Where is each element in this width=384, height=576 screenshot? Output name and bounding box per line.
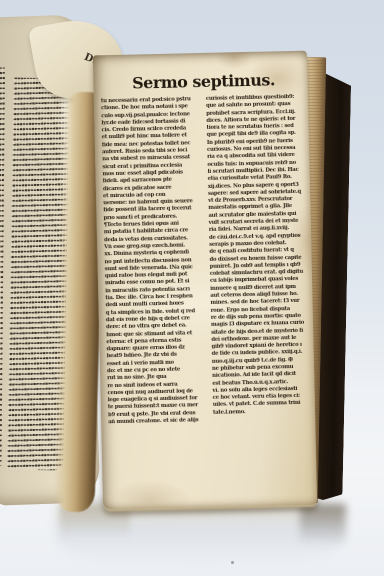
text-columns: tū necessariū erat pod:sicō pstructione.… [94, 94, 315, 427]
left-page-text-column-sliver [0, 67, 5, 465]
dust-speck [231, 561, 234, 564]
text-column-right: curiosis et inutilibus questiōib9:que ad… [206, 94, 313, 425]
text-column-left: tū necessariū erat pod:sicō pstructione.… [101, 96, 208, 427]
book-photograph: Dnica Sermo septimus. tū necessariū erat… [0, 0, 384, 576]
right-page: Sermo septimus. tū necessariū erat pod:s… [93, 51, 317, 510]
cover-reflection [300, 504, 346, 550]
sermon-heading: Sermo septimus. [103, 71, 303, 94]
